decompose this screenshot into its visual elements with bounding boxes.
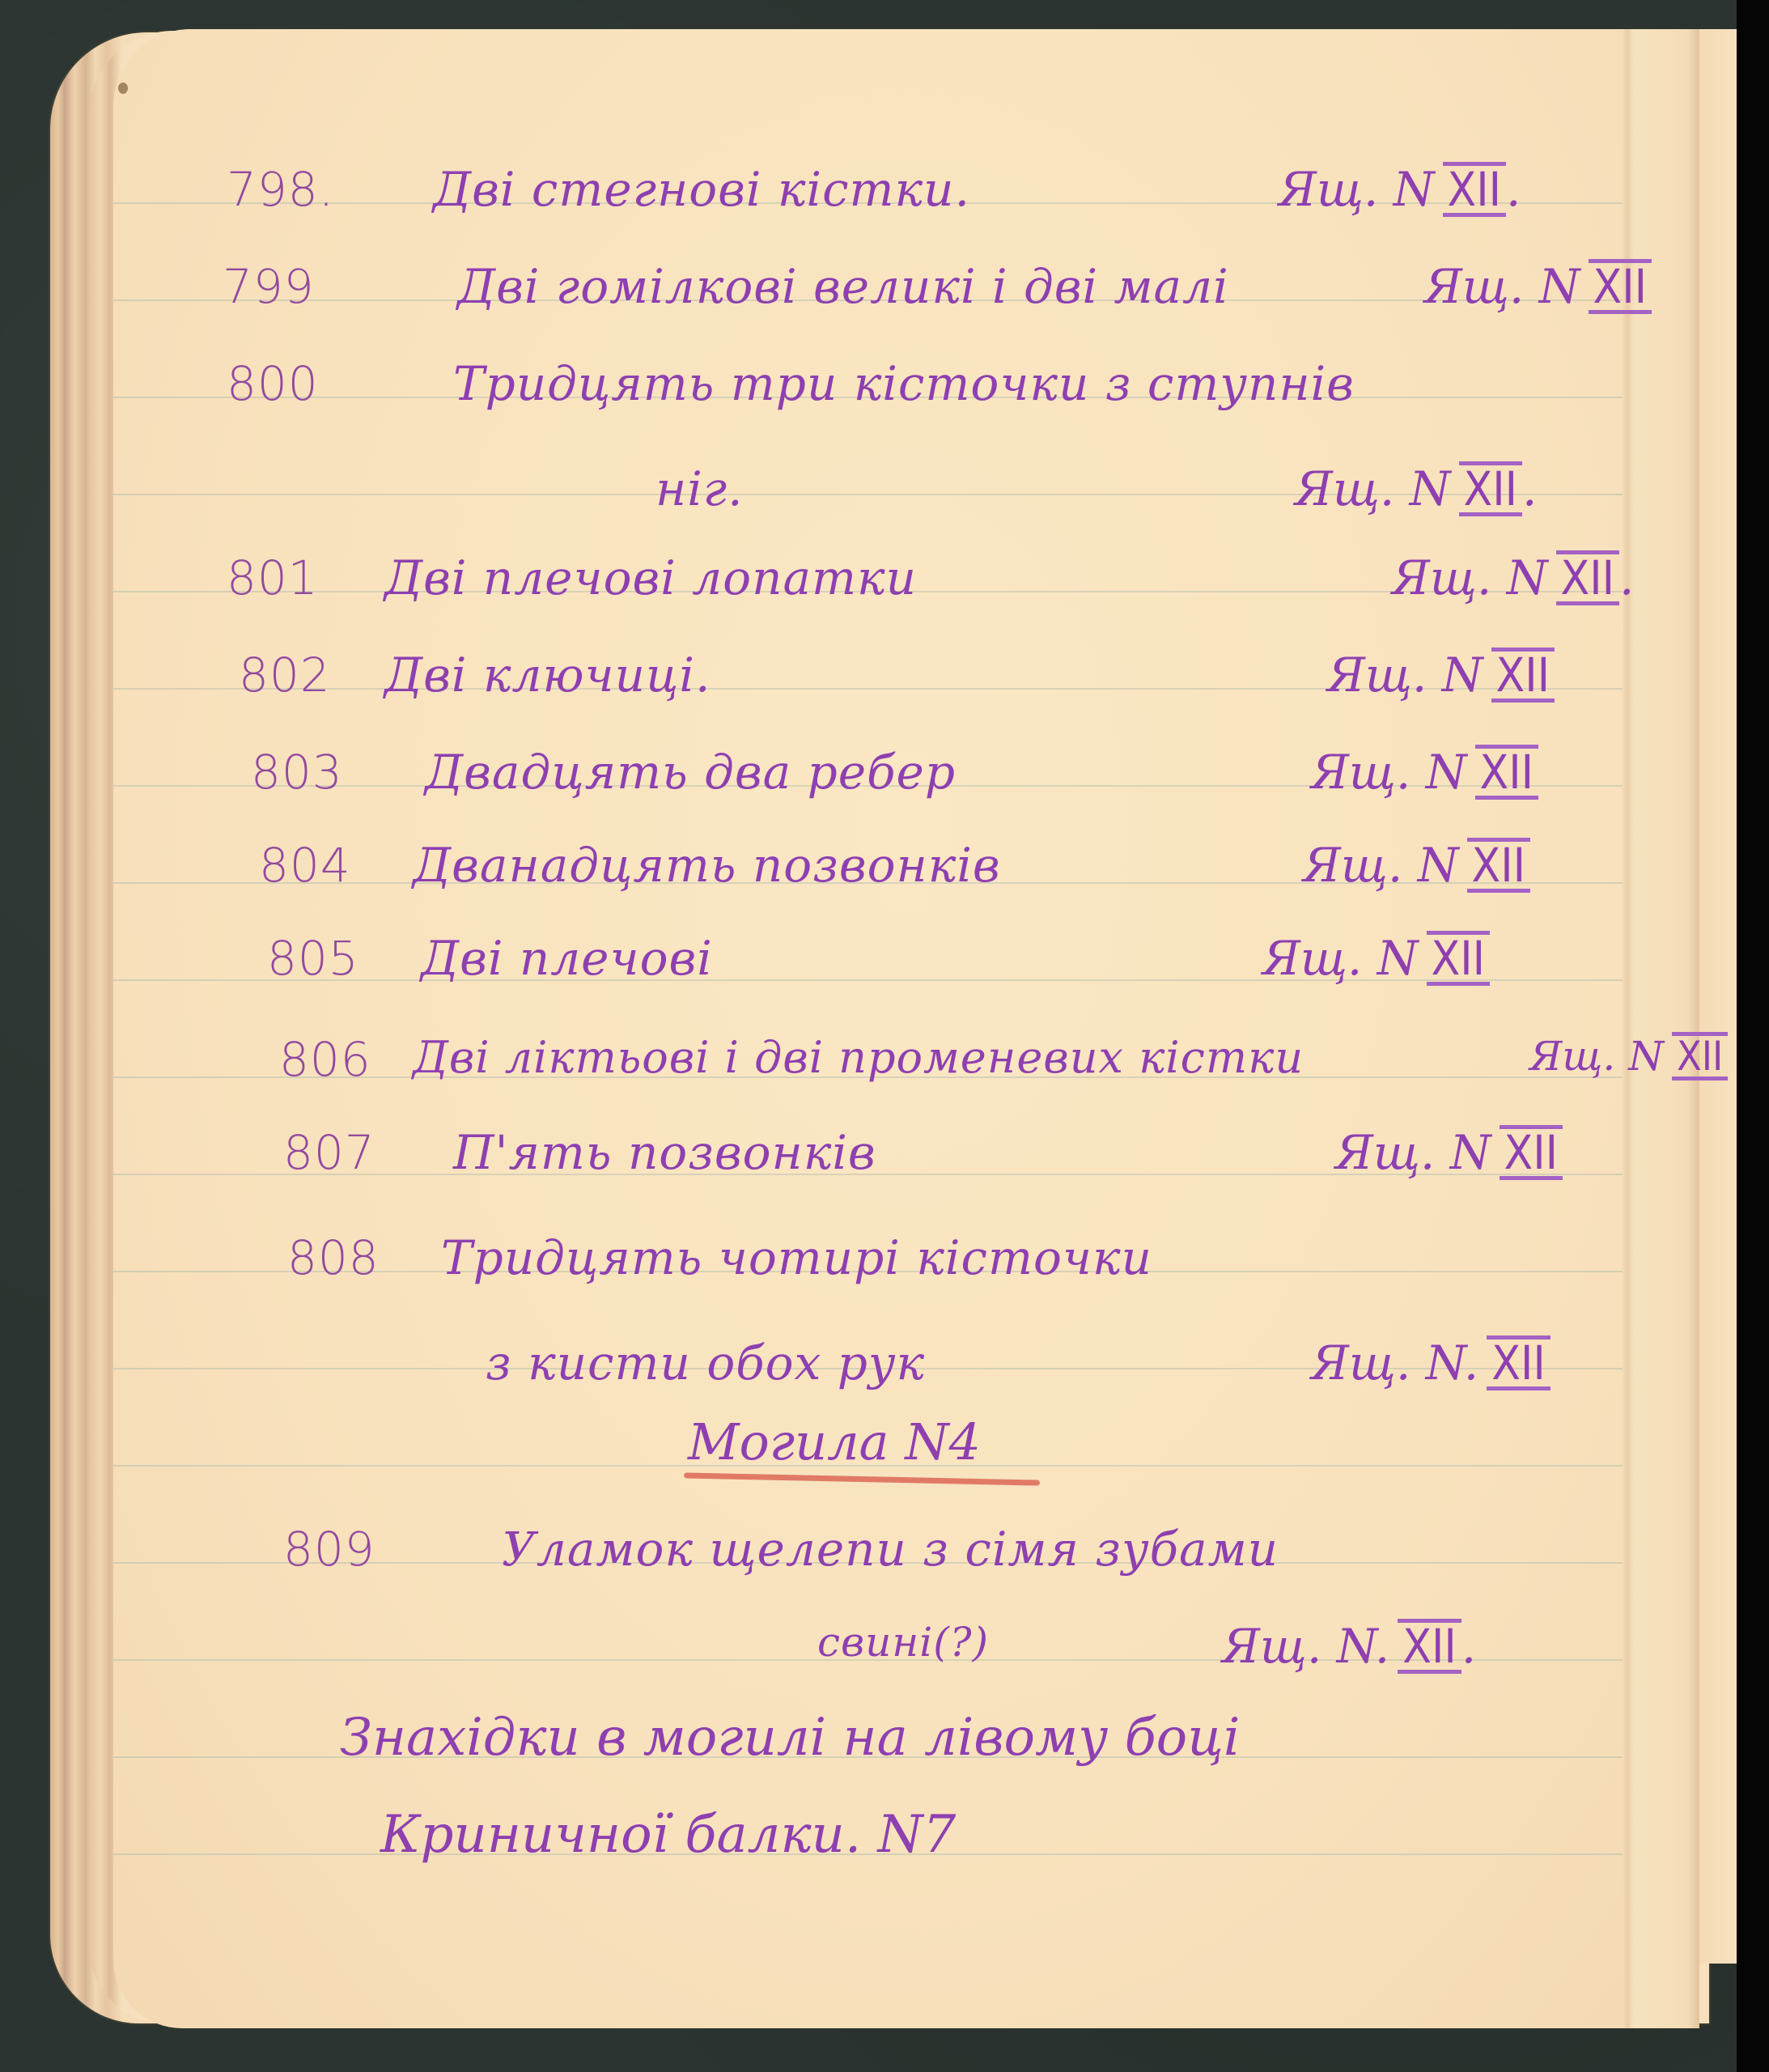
box-reference: Ящ. NXII (1529, 1032, 1728, 1081)
entry-description: Дві ключиці. (384, 647, 711, 703)
entry-number: 802 (239, 647, 331, 703)
entry-description-cont: ніг. (655, 461, 744, 516)
box-reference: Ящ. N.XII (1311, 1335, 1551, 1391)
box-number-roman: XII (1443, 162, 1507, 217)
box-label: Ящ. N. (1311, 1335, 1478, 1391)
box-number-roman: XII (1487, 1335, 1551, 1391)
entry-description: Дві стегнові кістки. (433, 162, 970, 217)
box-reference: Ящ. NXII (1311, 745, 1538, 800)
entry-number: 804 (259, 838, 351, 893)
ref-suffix: . (1522, 461, 1537, 516)
box-label: Ящ. N (1295, 461, 1451, 516)
next-page-edge (1694, 29, 1737, 1964)
entry-number: 809 (283, 1522, 375, 1577)
box-label: Ящ. N (1311, 745, 1467, 800)
box-reference: Ящ. NXII (1262, 931, 1490, 986)
entry-description: Тридцять три кісточки з ступнів (453, 356, 1355, 411)
footer-note-line-2: Криничної балки. N7 (380, 1805, 956, 1865)
gutter-fold (1623, 29, 1699, 2028)
box-label: Ящ. N (1262, 931, 1419, 986)
box-label: Ящ. N (1392, 550, 1548, 605)
entry-description: Дві плечові лопатки (384, 550, 917, 605)
entry-description: Уламок щелепи з сімя зубами (502, 1522, 1279, 1577)
box-label: Ящ. N (1327, 647, 1483, 703)
box-label: Ящ. N. (1222, 1619, 1389, 1674)
box-number-roman: XII (1459, 461, 1523, 516)
box-label: Ящ. N (1335, 1125, 1491, 1180)
box-label: Ящ. N (1303, 838, 1459, 893)
entry-description: Дві ліктьові і дві променевих кістки (413, 1032, 1304, 1083)
entry-description: Двадцять два ребер (425, 745, 956, 800)
entry-description: П'ять позвонків (453, 1125, 876, 1180)
box-reference: Ящ. N.XII. (1222, 1619, 1476, 1674)
ref-suffix: . (1461, 1619, 1476, 1674)
ref-suffix: . (1506, 162, 1521, 217)
entry-description-cont: свині(?) (817, 1619, 989, 1666)
box-number-roman: XII (1491, 647, 1555, 703)
binding-hole-icon (118, 83, 128, 94)
entry-description: Дванадцять позвонків (413, 838, 1001, 893)
entry-number: 799 (223, 259, 315, 314)
box-reference: Ящ. NXII (1303, 838, 1530, 893)
footer-note-line-1: Знахідки в могилі на лівому боці (340, 1708, 1240, 1768)
box-label: Ящ. N (1279, 162, 1435, 217)
box-label: Ящ. N (1529, 1033, 1664, 1080)
box-number-roman: XII (1398, 1619, 1461, 1674)
entry-number: 800 (227, 356, 319, 411)
box-number-roman: XII (1427, 931, 1491, 986)
entry-number: 808 (287, 1230, 380, 1285)
entry-number: 807 (283, 1125, 375, 1180)
box-number-roman: XII (1589, 259, 1652, 314)
box-number-roman: XII (1500, 1125, 1563, 1180)
box-number-roman: XII (1475, 745, 1539, 800)
box-reference: Ящ. NXII (1335, 1125, 1563, 1180)
box-reference: Ящ. NXII (1327, 647, 1555, 703)
box-reference: Ящ. NXII. (1295, 461, 1537, 516)
box-reference: Ящ. NXII (1424, 259, 1652, 314)
box-reference: Ящ. NXII. (1279, 162, 1521, 217)
entry-number: 805 (267, 931, 359, 986)
box-label: Ящ. N (1424, 259, 1580, 314)
section-heading: Могила N4 (688, 1412, 981, 1471)
ref-suffix: . (1619, 550, 1634, 605)
box-number-roman: XII (1467, 838, 1531, 893)
box-number-roman: XII (1672, 1032, 1728, 1081)
entry-description: Дві плечові (421, 931, 713, 986)
entry-number: 803 (251, 745, 343, 800)
entry-number: 801 (227, 550, 319, 605)
entry-number: 806 (279, 1032, 371, 1087)
scan-border (1737, 0, 1769, 2072)
entry-number: 798. (227, 162, 334, 217)
box-number-roman: XII (1556, 550, 1620, 605)
entry-description: Тридцять чотирі кісточки (441, 1230, 1152, 1285)
box-reference: Ящ. NXII. (1392, 550, 1634, 605)
entry-description: Дві гомілкові великі і дві малі (457, 259, 1229, 314)
entry-description-cont: з кисти обох рук (486, 1335, 925, 1391)
